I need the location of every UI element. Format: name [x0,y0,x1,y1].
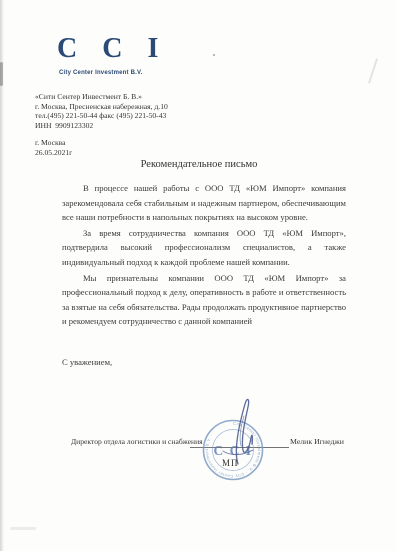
letter-date: 26.05.2021г [35,148,72,158]
company-logo: C C I [57,33,167,65]
scan-speck [213,54,215,56]
company-address-block: «Сити Сентер Инвестмент Б. В.» г. Москва… [35,92,168,130]
closing-salutation: С уважением, [62,357,112,367]
place-date-block: г. Москва 26.05.2021г [35,138,72,157]
company-name-line: «Сити Сентер Инвестмент Б. В.» [35,92,168,102]
seal-place-mark: МП [222,458,239,468]
company-inn-line: ИНН 9909123302 [35,121,168,131]
company-stamp: City Center Investment B.V. · City Cente… [192,388,284,488]
paragraph-1: В процессе нашей работы с ООО ТД «ЮМ Имп… [62,181,346,225]
signer-position: Директор отдела логистики и снабжения [71,437,203,446]
scan-artifact [0,62,3,86]
letter-page: C C I City Center Investment B.V. «Сити … [0,0,396,551]
letter-title: Рекомендательное письмо [34,159,364,170]
paragraph-2: За время сотрудничества компания ООО ТД … [62,226,346,270]
scan-speck [10,527,36,530]
scan-speck [368,58,378,83]
letter-city: г. Москва [35,138,72,148]
company-phone-line: тел.(495) 221-50-44 факс (495) 221-50-43 [35,111,168,121]
letter-body: В процессе нашей работы с ООО ТД «ЮМ Имп… [62,181,346,330]
company-logo-subtitle: City Center Investment B.V. [59,70,143,76]
signer-name: Мелик Игнеджи [290,437,344,446]
company-street-line: г. Москва, Пресненская набережная, д.10 [35,102,168,112]
paragraph-3: Мы признательны компании ООО ТД «ЮМ Импо… [62,271,346,329]
